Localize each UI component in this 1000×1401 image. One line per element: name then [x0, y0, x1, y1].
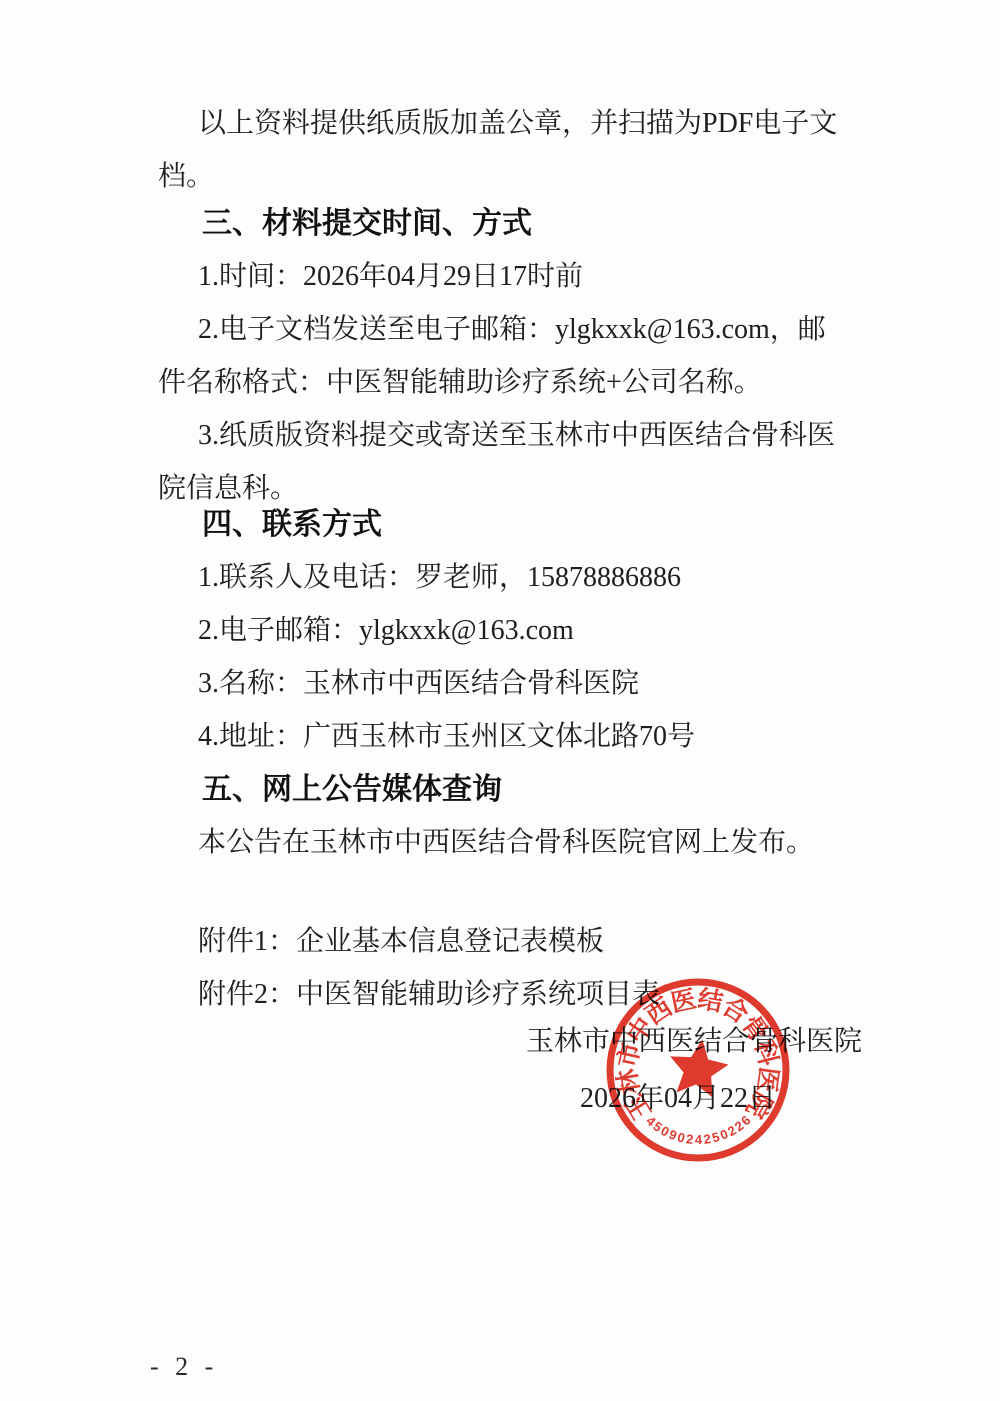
- section-heading-materials: 三、材料提交时间、方式: [158, 197, 864, 250]
- para-contact-email: 2.电子邮箱：ylgkxxk@163.com: [158, 604, 864, 657]
- section-heading-contact: 四、联系方式: [158, 498, 864, 551]
- document-page: 以上资料提供纸质版加盖公章，并扫描为PDF电子文 档。 三、材料提交时间、方式 …: [0, 0, 1000, 1401]
- attachment-line-1: 附件1：企业基本信息登记表模板: [158, 915, 864, 968]
- document-content: 以上资料提供纸质版加盖公章，并扫描为PDF电子文 档。 三、材料提交时间、方式 …: [0, 0, 1000, 1125]
- page-number: - 2 -: [150, 1352, 218, 1382]
- para-org-address: 4.地址：广西玉林市玉州区文体北路70号: [158, 710, 864, 763]
- seal-serial-holder: 4509024250226: [643, 1113, 753, 1148]
- para-org-name: 3.名称：玉林市中西医结合骨科医院: [158, 657, 864, 710]
- official-seal: 玉林市中西医结合骨科医院 4509024250226: [598, 970, 798, 1170]
- paragraph-intro: 以上资料提供纸质版加盖公章，并扫描为PDF电子文 档。: [158, 97, 864, 203]
- para-submit-time: 1.时间：2026年04月29日17时前: [158, 250, 864, 303]
- section-heading-announcement: 五、网上公告媒体查询: [158, 763, 864, 816]
- para-announcement: 本公告在玉林市中西医结合骨科医院官网上发布。: [158, 816, 864, 869]
- para-email-submit: 2.电子文档发送至电子邮箱：ylgkxxk@163.com，邮 件名称格式：中医…: [158, 303, 864, 409]
- star-icon: [665, 1035, 731, 1099]
- para-contact-person: 1.联系人及电话：罗老师，15878886886: [158, 551, 864, 604]
- seal-serial-number: 4509024250226: [643, 1113, 753, 1148]
